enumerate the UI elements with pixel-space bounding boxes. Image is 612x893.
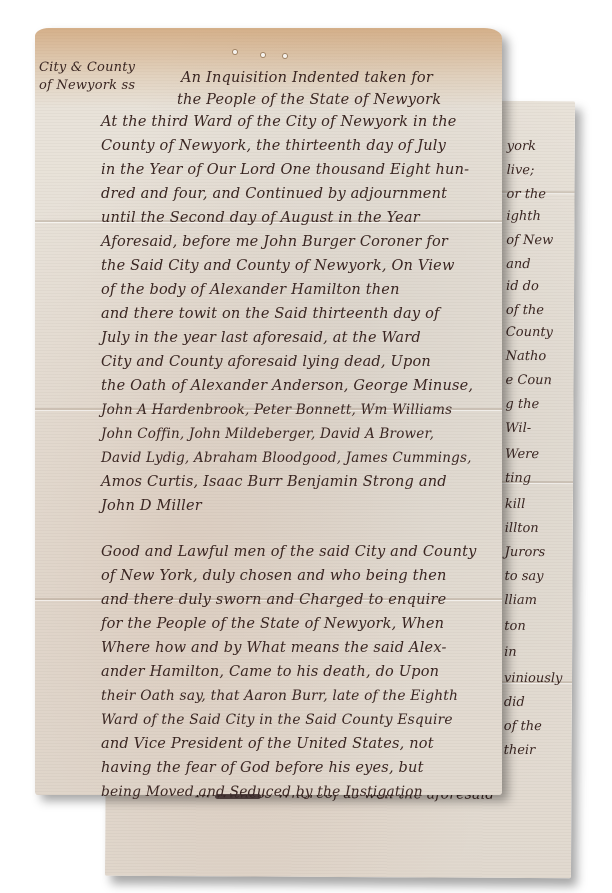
back-fragment: kill <box>505 497 525 512</box>
document-line: Where how and by What means the said Ale… <box>101 640 447 656</box>
margin-venue: City & County <box>39 58 135 77</box>
document-line: the Oath of Alexander Anderson, George M… <box>101 378 473 394</box>
back-fragment: g the <box>505 397 539 412</box>
front-page: City & County of Newyork ss An Inquisiti… <box>35 28 502 795</box>
back-fragment: or the <box>507 187 547 202</box>
document-line: being Moved and Seduced by the Instigati… <box>101 784 423 800</box>
back-fragment: Natho <box>506 349 547 364</box>
back-fragment: viniously <box>504 671 562 686</box>
back-fragment: to say <box>505 569 544 584</box>
juror-line: John D Miller <box>101 498 202 514</box>
document-line: At the third Ward of the City of Newyork… <box>101 114 457 130</box>
back-fragment: in <box>504 645 517 660</box>
document-line: the Said City and County of Newyork, On … <box>101 258 455 274</box>
document-line: of the body of Alexander Hamilton then <box>101 282 400 298</box>
back-fragment: ting <box>505 471 531 486</box>
document-line: the People of the State of Newyork <box>177 92 441 108</box>
document-line: City and County aforesaid lying dead, Up… <box>101 354 431 370</box>
inquisition-heading: An Inquisition Indented taken for <box>181 70 433 86</box>
document-line: and there towit on the Said thirteenth d… <box>101 306 440 322</box>
back-fragment: and <box>506 257 531 272</box>
back-fragment: id do <box>506 279 539 294</box>
back-fragment: lliam <box>504 593 537 608</box>
back-fragment: e Coun <box>506 373 552 388</box>
document-line: Aforesaid, before me John Burger Coroner… <box>101 234 448 250</box>
document-line: County of Newyork, the thirteenth day of… <box>101 138 446 154</box>
pin-hole <box>283 54 287 58</box>
document-line: of New York, duly chosen and who being t… <box>101 568 447 584</box>
back-fragment: Jurors <box>505 545 546 560</box>
pin-hole <box>233 50 237 54</box>
back-fragment: live; <box>507 163 535 178</box>
ink-strikeout <box>215 794 261 799</box>
back-fragment: of the <box>504 719 542 734</box>
back-fragment: york <box>507 139 536 154</box>
back-fragment: Wil- <box>505 421 531 436</box>
back-fragment: of the <box>506 303 544 318</box>
back-fragment: Were <box>505 447 539 462</box>
document-line: their Oath say, that Aaron Burr, late of… <box>101 688 458 704</box>
margin-venue: of Newyork ss <box>39 76 135 95</box>
juror-line: David Lydig, Abraham Bloodgood, James Cu… <box>101 450 472 466</box>
back-fragment: ton <box>504 619 526 634</box>
document-line: July in the year last aforesaid, at the … <box>101 330 421 346</box>
document-line: dred and four, and Continued by adjournm… <box>101 186 447 202</box>
back-fragment: of New <box>506 233 553 248</box>
document-line: and Vice President of the United States,… <box>101 736 434 752</box>
document-line: and there duly sworn and Charged to enqu… <box>101 592 446 608</box>
back-fragment: did <box>504 695 525 710</box>
document-line: until the Second day of August in the Ye… <box>101 210 420 226</box>
document-line: in the Year of Our Lord One thousand Eig… <box>101 162 469 178</box>
back-fragment: their <box>504 743 536 758</box>
document-line: Good and Lawful men of the said City and… <box>101 544 477 560</box>
juror-line: Amos Curtis, Isaac Burr Benjamin Strong … <box>101 474 447 490</box>
back-fragment: ighth <box>506 209 541 224</box>
back-fragment: County <box>506 325 553 340</box>
juror-line: John A Hardenbrook, Peter Bonnett, Wm Wi… <box>101 402 452 418</box>
document-line: ander Hamilton, Came to his death, do Up… <box>101 664 439 680</box>
juror-line: John Coffin, John Mildeberger, David A B… <box>101 426 434 442</box>
document-line: having the fear of God before his eyes, … <box>101 760 424 776</box>
document-line: Ward of the Said City in the Said County… <box>101 712 453 728</box>
document-line: for the People of the State of Newyork, … <box>101 616 444 632</box>
back-fragment: illton <box>505 521 539 536</box>
pin-hole <box>261 53 265 57</box>
